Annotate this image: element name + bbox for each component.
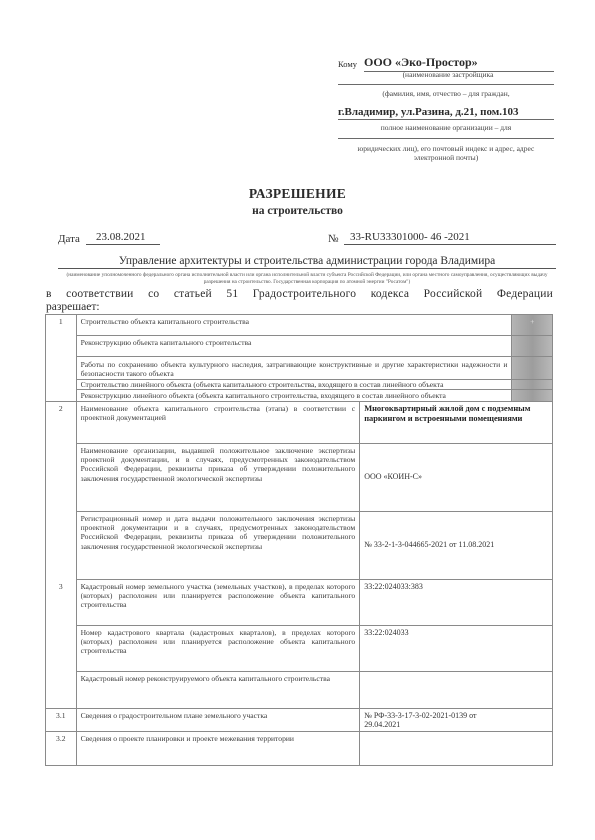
table-row: 3.1 Сведения о градостроительном плане з… [46, 708, 553, 732]
field-label: Номер кадастрового квартала (кадастровых… [76, 625, 360, 671]
row-number: 3.2 [46, 732, 77, 766]
row-number: 3.1 [46, 708, 77, 732]
field-label: Кадастровый номер реконструируемого объе… [76, 671, 360, 708]
table-row: Кадастровый номер реконструируемого объе… [46, 671, 553, 708]
table-row: Реконструкцию линейного объекта (объекта… [46, 390, 553, 401]
document-subtitle: на строительство [0, 205, 595, 217]
table-row: 1 Строительство объекта капитального стр… [46, 315, 553, 336]
table-row: Работы по сохранению объекта культурного… [46, 357, 553, 380]
recipient-to-label: Кому [338, 59, 357, 69]
intro-text: в соответствии со статьей 51 Градостроит… [46, 288, 553, 300]
recipient-address: г.Владимир, ул.Разина, д.21, пом.103 [338, 106, 554, 120]
recipient-blank-line [338, 138, 554, 139]
table-row: Строительство линейного объекта (объекта… [46, 379, 553, 389]
work-type-mark: + [512, 315, 553, 336]
issuing-authority-note: (наименование уполномоченного федерально… [58, 272, 556, 286]
recipient-note-org: полное наименование организации – для [338, 123, 554, 132]
field-label: Регистрационный номер и дата выдачи поло… [76, 511, 360, 579]
work-type-option: Строительство линейного объекта (объекта… [76, 379, 512, 389]
recipient-blank-line [338, 84, 554, 85]
row-number: 2 [46, 401, 77, 443]
planning-project-value [360, 732, 553, 766]
expertise-org-value: ООО «КОИН-С» [360, 443, 553, 511]
land-plot-cadastral-value: 33:22:024033:383 [360, 579, 553, 625]
date-label: Дата [58, 233, 80, 245]
cadastral-quarter-value: 33:22:024033 [360, 625, 553, 671]
table-row: Регистрационный номер и дата выдачи поло… [46, 511, 553, 579]
work-type-option: Строительство объекта капитального строи… [76, 315, 512, 336]
permit-table: 1 Строительство объекта капитального стр… [45, 314, 553, 766]
work-type-mark [512, 390, 553, 401]
table-row: Номер кадастрового квартала (кадастровых… [46, 625, 553, 671]
recipient-note-citizens: (фамилия, имя, отчество – для граждан, [338, 89, 554, 98]
expertise-number-value: № 33-2-1-3-044665-2021 от 11.08.2021 [360, 511, 553, 579]
recipient-note-developer: (наименование застройщика [342, 70, 554, 79]
field-label: Наименование объекта капитального строит… [76, 401, 360, 443]
table-row: 2 Наименование объекта капитального стро… [46, 401, 553, 443]
work-type-option: Работы по сохранению объекта культурного… [76, 357, 512, 380]
urban-plan-value: № РФ-33-3-17-3-02-2021-0139 от 29.04.202… [360, 708, 553, 732]
date-value: 23.08.2021 [86, 231, 160, 245]
work-type-option: Реконструкцию линейного объекта (объекта… [76, 390, 512, 401]
issuing-authority: Управление архитектуры и строительства а… [58, 255, 556, 269]
recipient-note-legal: юридических лиц), его почтовый индекс и … [338, 144, 554, 162]
table-row: Реконструкцию объекта капитального строи… [46, 336, 553, 357]
table-row: Наименование организации, выдавшей полож… [46, 443, 553, 511]
document-title: РАЗРЕШЕНИЕ [0, 186, 595, 202]
permit-number-value: 33-RU33301000- 46 -2021 [344, 231, 556, 245]
field-label: Сведения о градостроительном плане земел… [76, 708, 360, 732]
work-type-mark [512, 336, 553, 357]
permit-number-label: № [328, 233, 339, 245]
work-type-option: Реконструкцию объекта капитального строи… [76, 336, 512, 357]
intro-text-permits: разрешает: [46, 301, 100, 313]
table-row: 3.2 Сведения о проекте планировки и прое… [46, 732, 553, 766]
field-label: Сведения о проекте планировки и проекте … [76, 732, 360, 766]
table-row: 3 Кадастровый номер земельного участка (… [46, 579, 553, 625]
reconstructed-object-value [360, 671, 553, 708]
row-number: 3 [46, 579, 77, 625]
field-label: Кадастровый номер земельного участка (зе… [76, 579, 360, 625]
field-label: Наименование организации, выдавшей полож… [76, 443, 360, 511]
work-type-mark [512, 379, 553, 389]
row-number: 1 [46, 315, 77, 336]
work-type-mark [512, 357, 553, 380]
object-name-value: Многоквартирный жилой дом с подземным па… [360, 401, 553, 443]
